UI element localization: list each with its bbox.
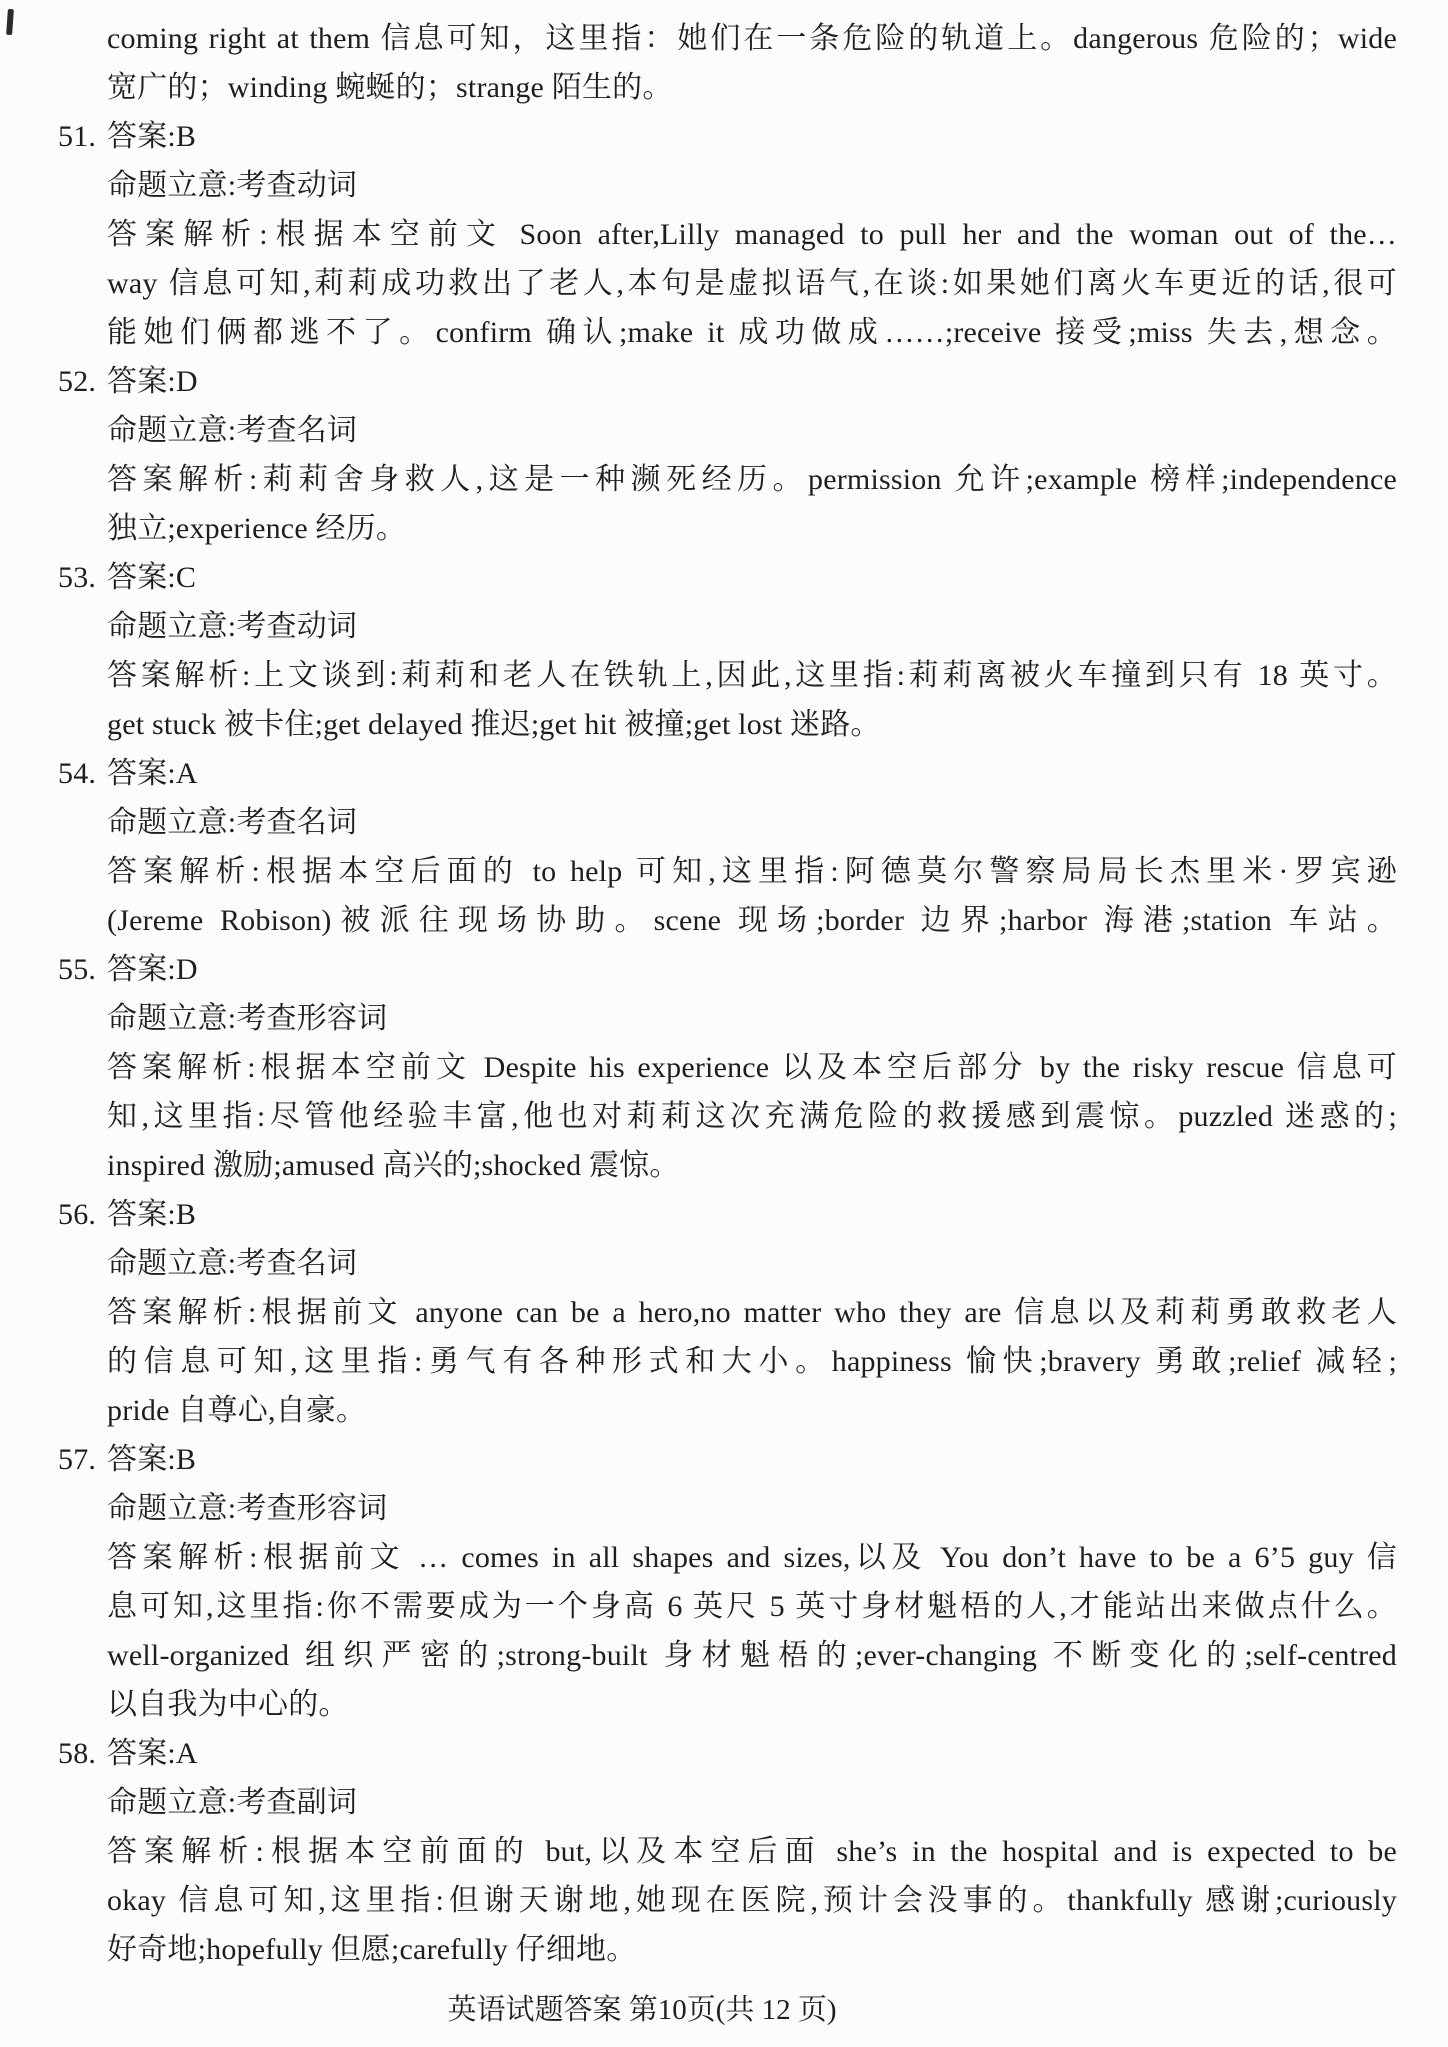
answer-item-51: 51. 答案:B 命题立意:考查动词 答案解析:根据本空前文 Soon afte…	[107, 112, 1397, 357]
answer-label: 答案:A	[107, 1737, 198, 1770]
item-number: 56.	[58, 1190, 96, 1239]
item-number: 51.	[58, 112, 96, 161]
answer-line: 58. 答案:A	[107, 1729, 1397, 1778]
analysis-line: pride 自尊心,自豪。	[107, 1386, 1397, 1435]
analysis-line: (Jereme Robison)被派往现场协助。scene 现场;border …	[107, 896, 1397, 945]
analysis-line: well-organized 组织严密的;strong-built 身材魁梧的;…	[107, 1631, 1397, 1680]
answer-label: 答案:A	[107, 757, 198, 790]
item-number: 58.	[58, 1729, 96, 1778]
scan-artifact	[6, 9, 14, 35]
analysis-line: 答案解析:上文谈到:莉莉和老人在铁轨上,因此,这里指:莉莉离被火车撞到只有 18…	[107, 651, 1397, 700]
analysis-line: 息可知,这里指:你不需要成为一个身高 6 英尺 5 英寸身材魁梧的人,才能站出来…	[107, 1582, 1397, 1631]
question-intent-line: 命题立意:考查副词	[107, 1778, 1397, 1827]
item-number: 52.	[58, 357, 96, 406]
answer-item-52: 52. 答案:D 命题立意:考查名词 答案解析:莉莉舍身救人,这是一种濒死经历。…	[107, 357, 1397, 553]
analysis-line: 能她们俩都逃不了。confirm 确认;make it 成功做成……;recei…	[107, 308, 1397, 357]
answer-item-53: 53. 答案:C 命题立意:考查动词 答案解析:上文谈到:莉莉和老人在铁轨上,因…	[107, 553, 1397, 749]
analysis-line: 答案解析:根据前文 … comes in all shapes and size…	[107, 1533, 1397, 1582]
answer-label: 答案:B	[107, 120, 196, 153]
answer-label: 答案:D	[107, 365, 198, 398]
answer-item-56: 56. 答案:B 命题立意:考查名词 答案解析:根据前文 anyone can …	[107, 1190, 1397, 1435]
answer-label: 答案:B	[107, 1198, 196, 1231]
analysis-line: 答案解析:根据本空前文 Soon after,Lilly managed to …	[107, 210, 1397, 259]
answer-label: 答案:B	[107, 1443, 196, 1476]
analysis-line: 答案解析:莉莉舍身救人,这是一种濒死经历。permission 允许;examp…	[107, 455, 1397, 504]
scanned-document-page: coming right at them 信息可知，这里指：她们在一条危险的轨道…	[0, 0, 1448, 2047]
answer-label: 答案:D	[107, 953, 198, 986]
text-line: coming right at them 信息可知，这里指：她们在一条危险的轨道…	[107, 14, 1397, 63]
item-number: 53.	[58, 553, 96, 602]
question-intent-line: 命题立意:考查形容词	[107, 994, 1397, 1043]
item-number: 57.	[58, 1435, 96, 1484]
analysis-line: 的信息可知,这里指:勇气有各种形式和大小。happiness 愉快;braver…	[107, 1337, 1397, 1386]
question-intent-line: 命题立意:考查动词	[107, 602, 1397, 651]
analysis-line: 知,这里指:尽管他经验丰富,他也对莉莉这次充满危险的救援感到震惊。puzzled…	[107, 1092, 1397, 1141]
answer-label: 答案:C	[107, 561, 196, 594]
answer-line: 54. 答案:A	[107, 749, 1397, 798]
answer-item-54: 54. 答案:A 命题立意:考查名词 答案解析:根据本空后面的 to help …	[107, 749, 1397, 945]
analysis-line: inspired 激励;amused 高兴的;shocked 震惊。	[107, 1141, 1397, 1190]
analysis-line: 以自我为中心的。	[107, 1680, 1397, 1729]
analysis-line: 好奇地;hopefully 但愿;carefully 仔细地。	[107, 1925, 1397, 1974]
continuation-paragraph: coming right at them 信息可知，这里指：她们在一条危险的轨道…	[107, 14, 1397, 112]
question-intent-line: 命题立意:考查名词	[107, 406, 1397, 455]
analysis-line: okay 信息可知,这里指:但谢天谢地,她现在医院,预计会没事的。thankfu…	[107, 1876, 1397, 1925]
answer-item-55: 55. 答案:D 命题立意:考查形容词 答案解析:根据本空前文 Despite …	[107, 945, 1397, 1190]
text-line: 宽广的；winding 蜿蜒的；strange 陌生的。	[107, 63, 1397, 112]
question-intent-line: 命题立意:考查名词	[107, 1239, 1397, 1288]
analysis-line: way 信息可知,莉莉成功救出了老人,本句是虚拟语气,在谈:如果她们离火车更近的…	[107, 259, 1397, 308]
answer-line: 56. 答案:B	[107, 1190, 1397, 1239]
answer-item-58: 58. 答案:A 命题立意:考查副词 答案解析:根据本空前面的 but,以及本空…	[107, 1729, 1397, 1974]
page-footer: 英语试题答案 第10页(共 12 页)	[0, 1988, 1287, 2032]
answer-line: 52. 答案:D	[107, 357, 1397, 406]
answer-item-57: 57. 答案:B 命题立意:考查形容词 答案解析:根据前文 … comes in…	[107, 1435, 1397, 1729]
answer-line: 53. 答案:C	[107, 553, 1397, 602]
question-intent-line: 命题立意:考查形容词	[107, 1484, 1397, 1533]
answer-line: 55. 答案:D	[107, 945, 1397, 994]
item-number: 55.	[58, 945, 96, 994]
answer-line: 51. 答案:B	[107, 112, 1397, 161]
answer-line: 57. 答案:B	[107, 1435, 1397, 1484]
analysis-line: 答案解析:根据本空前面的 but,以及本空后面 she’s in the hos…	[107, 1827, 1397, 1876]
question-intent-line: 命题立意:考查动词	[107, 161, 1397, 210]
item-number: 54.	[58, 749, 96, 798]
analysis-line: 独立;experience 经历。	[107, 504, 1397, 553]
analysis-line: 答案解析:根据前文 anyone can be a hero,no matter…	[107, 1288, 1397, 1337]
question-intent-line: 命题立意:考查名词	[107, 798, 1397, 847]
analysis-line: 答案解析:根据本空后面的 to help 可知,这里指:阿德莫尔警察局局长杰里米…	[107, 847, 1397, 896]
analysis-line: 答案解析:根据本空前文 Despite his experience 以及本空后…	[107, 1043, 1397, 1092]
analysis-line: get stuck 被卡住;get delayed 推迟;get hit 被撞;…	[107, 700, 1397, 749]
